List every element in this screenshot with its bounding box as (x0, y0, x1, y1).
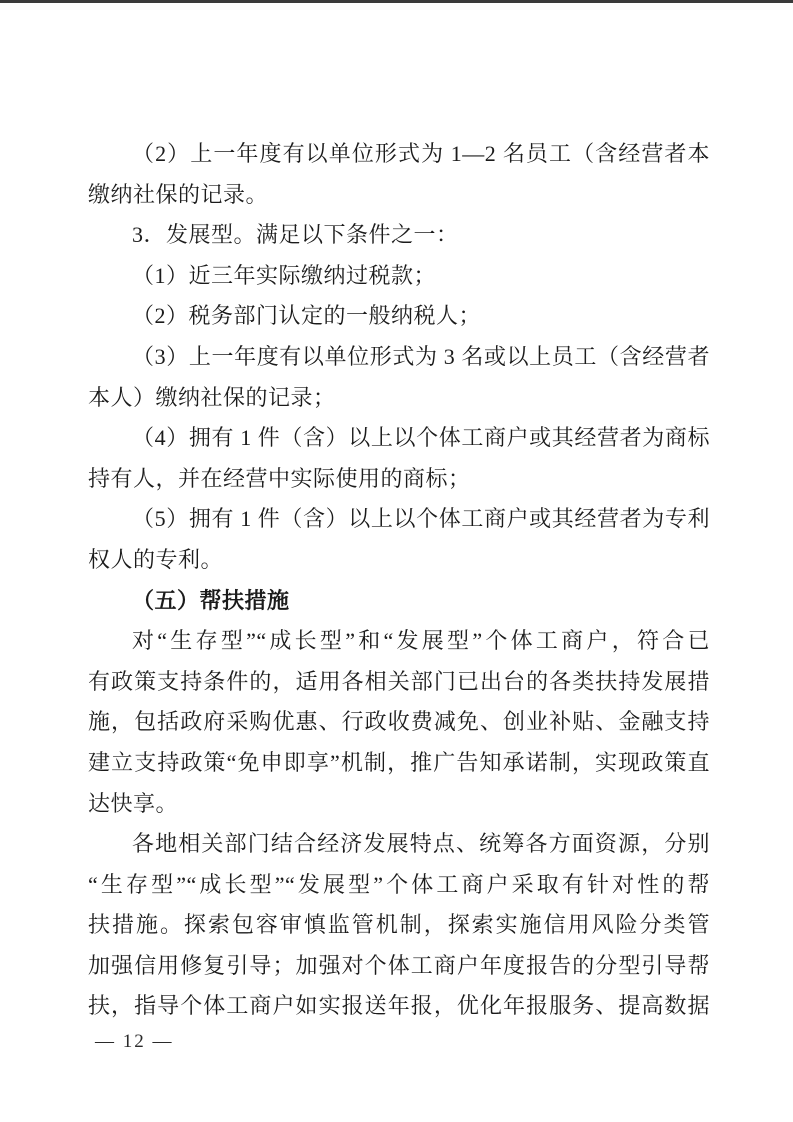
text-line: 各地相关部门结合经济发展特点、统筹各方面资源，分别对 (88, 824, 710, 865)
text-line: （1）近三年实际缴纳过税款； (88, 256, 710, 297)
document-body: （2）上一年度有以单位形式为 1—2 名员工（含经营者本人） 缴纳社保的记录。 … (88, 134, 710, 1027)
text-line: 达快享。 (88, 784, 710, 825)
page-number: — 12 — (95, 1031, 174, 1053)
text-line: 加强信用修复引导；加强对个体工商户年度报告的分型引导帮 (88, 946, 710, 987)
text-line: 有政策支持条件的，适用各相关部门已出台的各类扶持发展措 (88, 662, 710, 703)
text-line: （2）上一年度有以单位形式为 1—2 名员工（含经营者本人） (88, 134, 710, 175)
text-line: （3）上一年度有以单位形式为 3 名或以上员工（含经营者 (88, 337, 710, 378)
list-item-heading: 3．发展型。满足以下条件之一： (88, 215, 710, 256)
text-line: 对“生存型”“成长型”和“发展型”个体工商户，符合已 (88, 621, 710, 662)
document-page: （2）上一年度有以单位形式为 1—2 名员工（含经营者本人） 缴纳社保的记录。 … (0, 0, 793, 1122)
text-line: 权人的专利。 (88, 540, 710, 581)
text-line: 本人）缴纳社保的记录； (88, 378, 710, 419)
text-line: （4）拥有 1 件（含）以上以个体工商户或其经营者为商标 (88, 418, 710, 459)
text-line: 缴纳社保的记录。 (88, 175, 710, 216)
text-line: 施，包括政府采购优惠、行政收费减免、创业补贴、金融支持等。 (88, 702, 710, 743)
text-line: 建立支持政策“免申即享”机制，推广告知承诺制，实现政策直 (88, 743, 710, 784)
text-line: 持有人，并在经营中实际使用的商标； (88, 459, 710, 500)
section-heading: （五）帮扶措施 (88, 581, 710, 622)
text-line: （5）拥有 1 件（含）以上以个体工商户或其经营者为专利 (88, 499, 710, 540)
text-line: 扶，指导个体工商户如实报送年报，优化年报服务、提高数据质 (88, 986, 710, 1027)
text-line: 扶措施。探索包容审慎监管机制，探索实施信用风险分类管理； (88, 905, 710, 946)
text-line: （2）税务部门认定的一般纳税人； (88, 296, 710, 337)
text-line: “生存型”“成长型”“发展型”个体工商户采取有针对性的帮 (88, 865, 710, 906)
scan-edge-artifact (0, 0, 793, 3)
